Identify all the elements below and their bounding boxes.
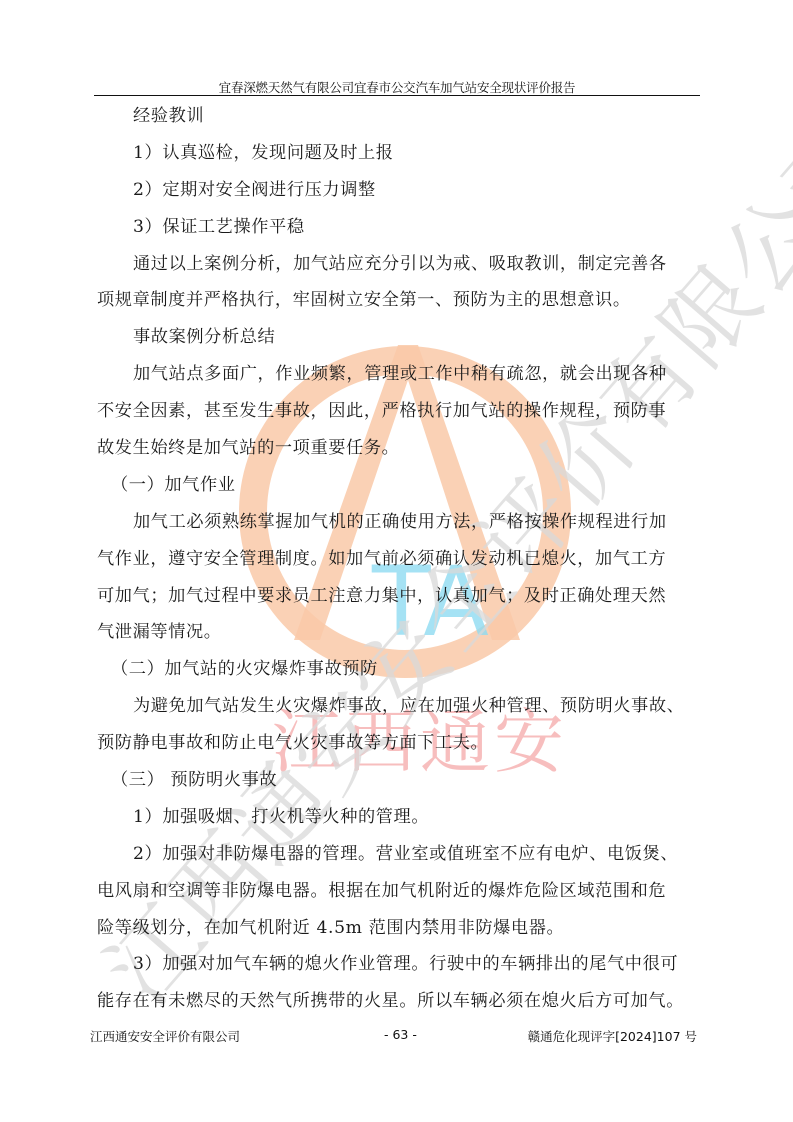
- paragraph-line: 通过以上案例分析，加气站应充分引以为戒、吸取教训，制定完善各: [97, 246, 701, 283]
- paragraph-line: 1）加强吸烟、打火机等火种的管理。: [97, 799, 701, 836]
- page-header: 宜春深燃天然气有限公司宜春市公交汽车加气站安全现状评价报告: [94, 78, 700, 96]
- paragraph-line: 2）定期对安全阀进行压力调整: [97, 172, 701, 209]
- paragraph-line: 加气工必须熟练掌握加气机的正确使用方法，严格按操作规程进行加: [97, 504, 701, 541]
- paragraph-line: 3）加强对加气车辆的熄火作业管理。行驶中的车辆排出的尾气中很可: [97, 946, 701, 983]
- paragraph-line: 气作业，遵守安全管理制度。如加气前必须确认发动机已熄火，加气工方: [97, 541, 701, 578]
- footer-page-number: - 63 -: [384, 1027, 417, 1042]
- footer-doc-number: 赣通危化现评字[2024]107 号: [528, 1027, 697, 1045]
- paragraph-line: 事故案例分析总结: [97, 319, 701, 356]
- footer-company: 江西通安安全评价有限公司: [90, 1027, 240, 1045]
- paragraph-line: 不安全因素，甚至发生事故，因此，严格执行加气站的操作规程，预防事: [97, 393, 701, 430]
- paragraph-line: 电风扇和空调等非防爆电器。根据在加气机附近的爆炸危险区域范围和危: [97, 873, 701, 910]
- paragraph-line: 3）保证工艺操作平稳: [97, 209, 701, 246]
- paragraph-line: （三） 预防明火事故: [97, 762, 701, 799]
- paragraph-line: 故发生始终是加气站的一项重要任务。: [97, 430, 701, 467]
- paragraph-line: 可加气；加气过程中要求员工注意力集中，认真加气；及时正确处理天然: [97, 578, 701, 615]
- paragraph-line: 险等级划分，在加气机附近 4.5m 范围内禁用非防爆电器。: [97, 910, 701, 947]
- header-divider: [94, 95, 700, 96]
- paragraph-line: 2）加强对非防爆电器的管理。营业室或值班室不应有电炉、电饭煲、: [97, 836, 701, 873]
- paragraph-line: 为避免加气站发生火灾爆炸事故，应在加强火种管理、预防明火事故、: [97, 688, 701, 725]
- paragraph-line: 加气站点多面广，作业频繁，管理或工作中稍有疏忽，就会出现各种: [97, 356, 701, 393]
- paragraph-line: （二）加气站的火灾爆炸事故预防: [97, 651, 701, 688]
- paragraph-line: 项规章制度并严格执行，牢固树立安全第一、预防为主的思想意识。: [97, 282, 701, 319]
- document-body: 经验教训1）认真巡检，发现问题及时上报2）定期对安全阀进行压力调整3）保证工艺操…: [97, 98, 701, 1020]
- paragraph-line: 能存在有未燃尽的天然气所携带的火星。所以车辆必须在熄火后方可加气。: [97, 983, 701, 1020]
- paragraph-line: 经验教训: [97, 98, 701, 135]
- paragraph-line: 1）认真巡检，发现问题及时上报: [97, 135, 701, 172]
- document-page: TA 江西通安 江西通安安全评价有限公司 宜春深燃天然气有限公司宜春市公交汽车加…: [0, 0, 793, 1122]
- paragraph-line: 预防静电事故和防止电气火灾事故等方面下工夫。: [97, 725, 701, 762]
- paragraph-line: （一）加气作业: [97, 467, 701, 504]
- paragraph-line: 气泄漏等情况。: [97, 614, 701, 651]
